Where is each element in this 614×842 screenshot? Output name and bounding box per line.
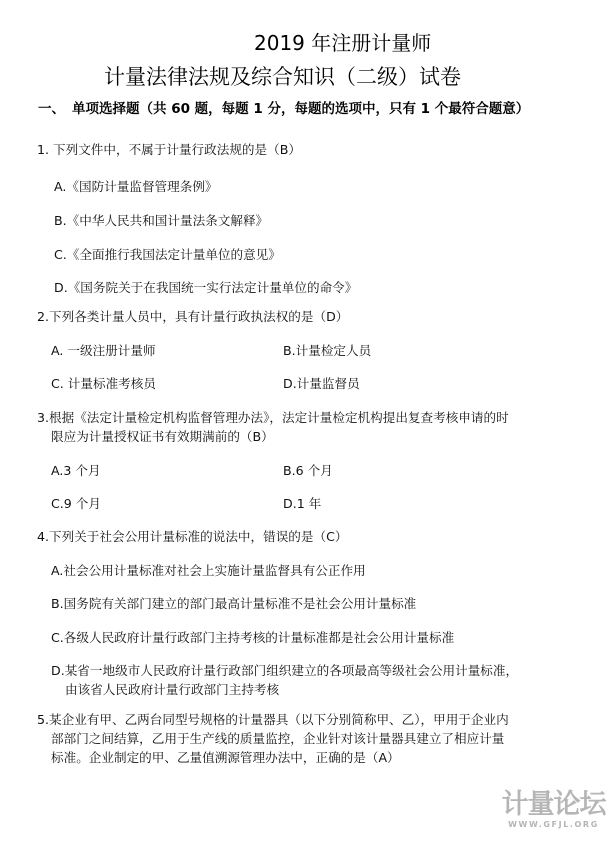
option-a: A.3 个月 bbox=[51, 461, 101, 480]
option-b: B.计量检定人员 bbox=[283, 341, 371, 360]
option-a: A. 一级注册计量师 bbox=[51, 341, 156, 360]
option-d: D.计量监督员 bbox=[283, 374, 360, 393]
option-c: C.各级人民政府计量行政部门主持考核的计量标准都是社会公用计量标准 bbox=[51, 628, 454, 647]
option-d: D.某省一地级市人民政府计量行政部门组织建立的各项最高等级社会公用计量标准， bbox=[51, 661, 518, 680]
option-b: B.《中华人民共和国计量法条文解释》 bbox=[54, 211, 268, 230]
question-stem: 2.下列各类计量人员中，具有计量行政执法权的是（D） bbox=[37, 307, 348, 326]
section-heading: 一、单项选择题（共 60 题，每题 1 分，每题的选项中，只有 1 个最符合题意… bbox=[38, 99, 529, 119]
watermark-url: WWW.GFJL.ORG bbox=[493, 820, 614, 830]
option-c: C.9 个月 bbox=[51, 494, 101, 513]
section-label: 单项选择题（共 60 题，每题 1 分，每题的选项中，只有 1 个最符合题意） bbox=[72, 101, 529, 117]
option-d-continuation: 由该省人民政府计量行政部门主持考核 bbox=[65, 680, 279, 699]
question-stem-line-3: 标准。企业制定的甲、乙量值溯源管理办法中，正确的是（A） bbox=[51, 748, 400, 767]
option-c: C.《全面推行我国法定计量单位的意见》 bbox=[54, 245, 281, 264]
question-stem-line-2: 限应为计量授权证书有效期满前的（B） bbox=[51, 427, 274, 446]
option-b: B.6 个月 bbox=[283, 461, 333, 480]
option-c: C. 计量标准考核员 bbox=[51, 374, 156, 393]
option-d: D.《国务院关于在我国统一实行法定计量单位的命令》 bbox=[54, 278, 357, 297]
exam-title-year: 2019 年注册计量师 bbox=[254, 30, 431, 56]
question-stem-line-1: 5.某企业有甲、乙两台同型号规格的计量器具（以下分别简称甲、乙），甲用于企业内 bbox=[37, 710, 509, 729]
watermark-brand: 计量论坛 bbox=[493, 790, 614, 820]
question-stem-line-2: 部部门之间结算，乙用于生产线的质量监控，企业针对该计量器具建立了相应计量 bbox=[51, 729, 504, 748]
option-a: A.《国防计量监督管理条例》 bbox=[54, 177, 218, 196]
exam-title-subject: 计量法律法规及综合知识（二级）试卷 bbox=[104, 63, 461, 91]
question-stem: 1. 下列文件中，不属于计量行政法规的是（B） bbox=[37, 140, 301, 159]
option-a: A.社会公用计量标准对社会上实施计量监督具有公正作用 bbox=[51, 561, 366, 580]
question-stem: 4.下列关于社会公用计量标准的说法中，错误的是（C） bbox=[37, 527, 347, 546]
option-d: D.1 年 bbox=[283, 494, 321, 513]
question-stem-line-1: 3.根据《法定计量检定机构监督管理办法》，法定计量检定机构提出复查考核申请的时 bbox=[37, 408, 509, 427]
section-number: 一、 bbox=[38, 99, 72, 119]
option-b: B.国务院有关部门建立的部门最高计量标准不是社会公用计量标准 bbox=[51, 594, 416, 613]
site-watermark: 计量论坛 WWW.GFJL.ORG bbox=[493, 790, 614, 830]
